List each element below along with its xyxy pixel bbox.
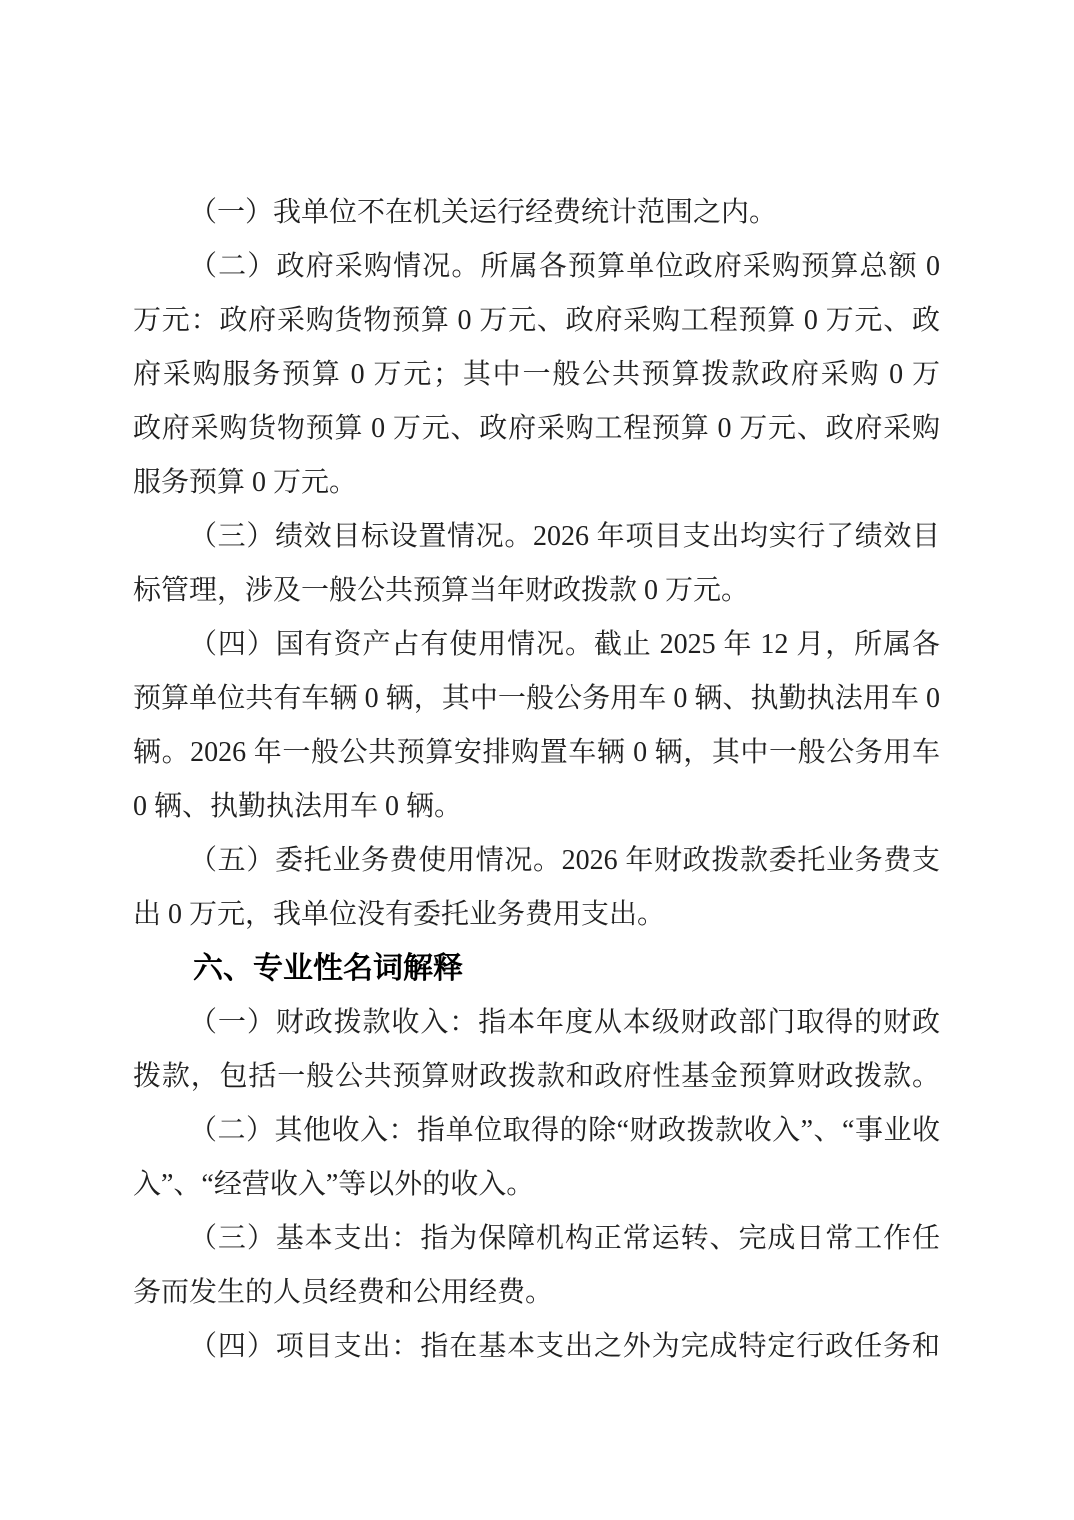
text-line: 入”、“经营收入”等以外的收入。	[133, 1158, 940, 1212]
text-line: 出 0 万元，我单位没有委托业务费用支出。	[133, 888, 940, 942]
text-line: （四）国有资产占有使用情况。截止 2025 年 12 月，所属各	[133, 618, 940, 672]
text-line: （三）基本支出：指为保障机构正常运转、完成日常工作任	[133, 1212, 940, 1266]
text-line: （一）财政拨款收入：指本年度从本级财政部门取得的财政	[133, 996, 940, 1050]
text-line: （四）项目支出：指在基本支出之外为完成特定行政任务和	[133, 1320, 940, 1374]
text-line: 政府采购货物预算 0 万元、政府采购工程预算 0 万元、政府采购	[133, 402, 940, 456]
text-line: （二）其他收入：指单位取得的除“财政拨款收入”、“事业收	[133, 1104, 940, 1158]
text-line: （二）政府采购情况。所属各预算单位政府采购预算总额 0	[133, 240, 940, 294]
text-line: 服务预算 0 万元。	[133, 456, 940, 510]
text-line: 万元：政府采购货物预算 0 万元、政府采购工程预算 0 万元、政	[133, 294, 940, 348]
text-line: 府采购服务预算 0 万元；其中一般公共预算拨款政府采购 0 万元：	[133, 348, 940, 402]
document-body: （一）我单位不在机关运行经费统计范围之内。（二）政府采购情况。所属各预算单位政府…	[0, 0, 1074, 1520]
document-page: （一）我单位不在机关运行经费统计范围之内。（二）政府采购情况。所属各预算单位政府…	[0, 0, 1074, 1520]
text-line: 0 辆、执勤执法用车 0 辆。	[133, 780, 940, 834]
text-line: 预算单位共有车辆 0 辆，其中一般公务用车 0 辆、执勤执法用车 0	[133, 672, 940, 726]
text-line: （三）绩效目标设置情况。2026 年项目支出均实行了绩效目	[133, 510, 940, 564]
text-line: （五）委托业务费使用情况。2026 年财政拨款委托业务费支	[133, 834, 940, 888]
section-heading: 六、专业性名词解释	[133, 942, 940, 996]
text-line: 拨款，包括一般公共预算财政拨款和政府性基金预算财政拨款。	[133, 1050, 940, 1104]
text-line: （一）我单位不在机关运行经费统计范围之内。	[133, 186, 940, 240]
text-line: 标管理，涉及一般公共预算当年财政拨款 0 万元。	[133, 564, 940, 618]
text-line: 辆。2026 年一般公共预算安排购置车辆 0 辆，其中一般公务用车	[133, 726, 940, 780]
text-line: 务而发生的人员经费和公用经费。	[133, 1266, 940, 1320]
